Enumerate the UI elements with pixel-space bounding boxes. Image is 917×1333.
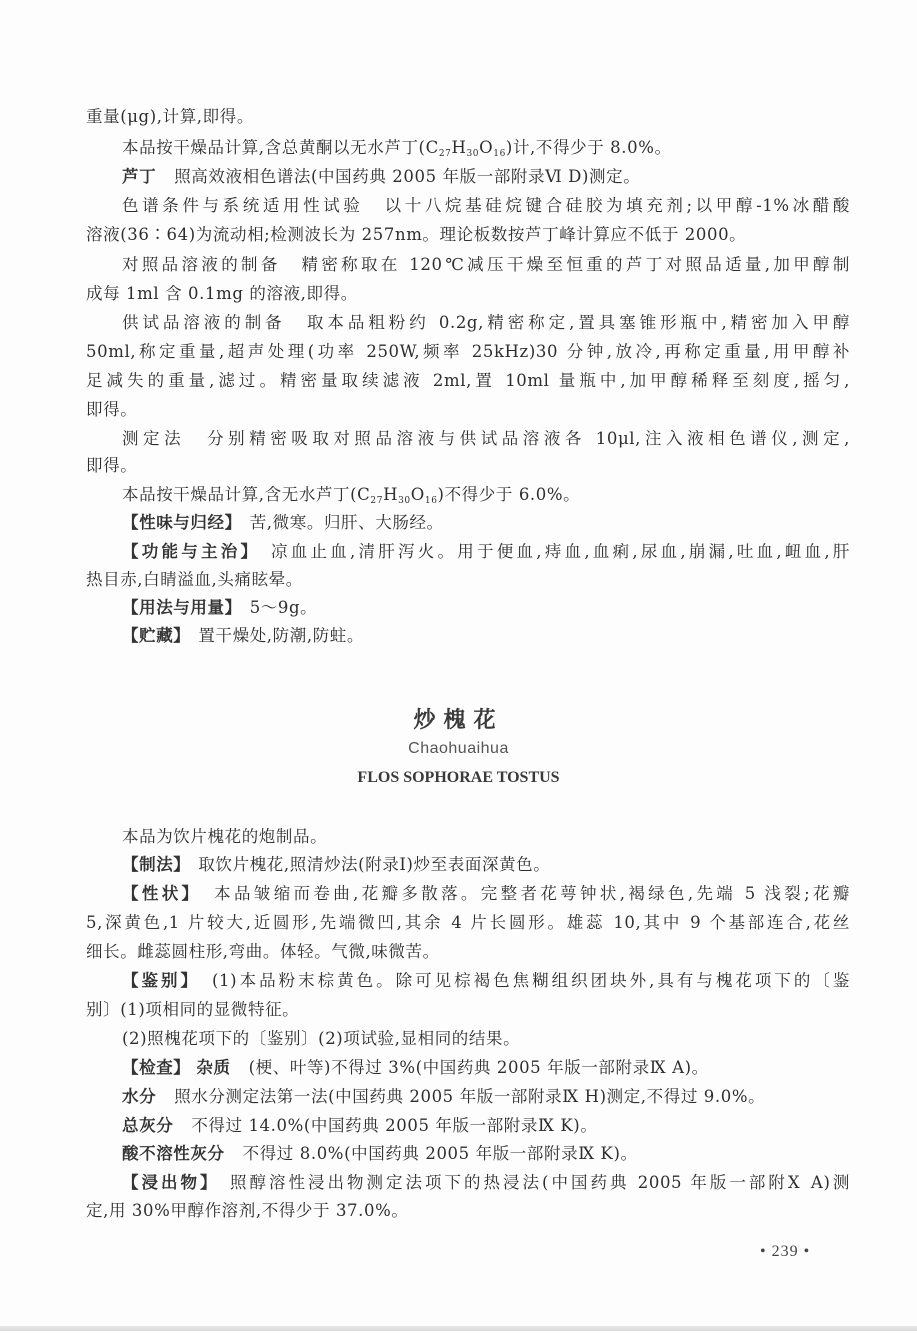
text-line: (2)照槐花项下的〔鉴别〕(2)项试验,显相同的结果。 — [122, 1028, 850, 1050]
page-number: • 239 • — [760, 1243, 810, 1261]
text-line: 重量(μg),计算,即得。 — [86, 106, 850, 128]
section-label: 【浸出物】 — [122, 1173, 220, 1192]
identification: 【鉴别】(1)本品粉末棕黄色。除可见棕褐色焦糊组织团块外,具有与槐花项下的〔鉴 — [122, 970, 850, 992]
subheading: 总灰分 — [122, 1116, 173, 1135]
text-line: 定,用 30%甲醇作溶剂,不得少于 37.0%。 — [86, 1200, 850, 1222]
section-label: 【功能与主治】 — [122, 542, 260, 561]
processing: 【制法】取饮片槐花,照清炒法(附录Ⅰ)炒至表面深黄色。 — [122, 854, 850, 876]
section-label: 【鉴别】 — [122, 971, 200, 990]
subheading: 水分 — [122, 1087, 156, 1106]
section-label: 【检查】 — [122, 1058, 190, 1077]
subheading: 芦丁 — [122, 167, 156, 186]
text-line: 溶液(36∶64)为流动相;检测波长为 257nm。理论板数按芦丁峰计算应不低于… — [86, 224, 850, 246]
monograph-pinyin: Chaohuaihua — [0, 740, 917, 758]
text-line: 足减失的重量,滤过。精密量取续滤液 2ml,置 10ml 量瓶中,加甲醇稀释至刻… — [86, 370, 850, 392]
subheading: 杂质 — [196, 1058, 230, 1077]
text-line: 即得。 — [86, 455, 850, 477]
monograph-title: 炒槐花 — [0, 703, 917, 734]
inspection: 【检查】杂质(梗、叶等)不得过 3%(中国药典 2005 年版一部附录Ⅸ A)。 — [122, 1057, 850, 1079]
description: 【性状】本品皱缩而卷曲,花瓣多散落。完整者花萼钟状,褐绿色,先端 5 浅裂;花瓣 — [122, 883, 850, 905]
text-line: 对照品溶液的制备精密称取在 120℃减压干燥至恒重的芦丁对照品适量,加甲醇制 — [122, 254, 850, 276]
total-ash: 总灰分不得过 14.0%(中国药典 2005 年版一部附录Ⅸ K)。 — [122, 1115, 850, 1137]
page-edge — [0, 1326, 917, 1331]
subheading: 酸不溶性灰分 — [122, 1144, 225, 1163]
text-line: 供试品溶液的制备取本品粗粉约 0.2g,精密称定,置具塞锥形瓶中,精密加入甲醇 — [122, 312, 850, 334]
storage: 【贮藏】置干燥处,防潮,防蛀。 — [122, 625, 850, 647]
text-line: 5,深黄色,1 片较大,近圆形,先端微凹,其余 4 片长圆形。雄蕊 10,其中 … — [86, 912, 850, 934]
functions-indications: 【功能与主治】凉血止血,清肝泻火。用于便血,痔血,血痢,尿血,崩漏,吐血,衄血,… — [122, 541, 850, 563]
extractives: 【浸出物】照醇溶性浸出物测定法项下的热浸法(中国药典 2005 年版一部附Ⅹ A… — [122, 1172, 850, 1194]
total-flavonoid-limit: 本品按干燥品计算,含总黄酮以无水芦丁(C27H30O16)计,不得少于 8.0%… — [122, 137, 850, 165]
water-content: 水分照水分测定法第一法(中国药典 2005 年版一部附录Ⅸ H)测定,不得过 9… — [122, 1086, 850, 1108]
acid-insoluble-ash: 酸不溶性灰分不得过 8.0%(中国药典 2005 年版一部附录Ⅸ K)。 — [122, 1143, 850, 1165]
rutin-limit: 本品按干燥品计算,含无水芦丁(C27H30O16)不得少于 6.0%。 — [122, 484, 850, 512]
usage-dosage: 【用法与用量】5～9g。 — [122, 597, 850, 619]
text-line: 50ml,称定重量,超声处理(功率 250W,频率 25kHz)30 分钟,放冷… — [86, 341, 850, 363]
nature-meridian: 【性味与归经】苦,微寒。归肝、大肠经。 — [122, 512, 850, 534]
section-label: 【用法与用量】 — [122, 598, 242, 617]
monograph-latin-name: FLOS SOPHORAE TOSTUS — [0, 769, 917, 787]
section-label: 【性状】 — [122, 884, 201, 903]
text-line: 色谱条件与系统适用性试验以十八烷基硅烷键合硅胶为填充剂;以甲醇-1%冰醋酸 — [122, 195, 850, 217]
text-line: 即得。 — [86, 399, 850, 421]
text-line: 热目赤,白睛溢血,头痛眩晕。 — [86, 569, 850, 591]
section-label: 【性味与归经】 — [122, 513, 242, 532]
text-line: 别〕(1)项相同的显微特征。 — [86, 999, 850, 1021]
section-label: 【贮藏】 — [122, 626, 190, 645]
section-label: 【制法】 — [122, 855, 190, 874]
source-statement: 本品为饮片槐花的炮制品。 — [122, 826, 850, 848]
text-line: 细长。雌蕊圆柱形,弯曲。体轻。气微,味微苦。 — [86, 941, 850, 963]
rutin-heading: 芦丁照高效液相色谱法(中国药典 2005 年版一部附录Ⅵ D)测定。 — [122, 166, 850, 188]
text-line: 成每 1ml 含 0.1mg 的溶液,即得。 — [86, 283, 850, 305]
text-line: 测定法分别精密吸取对照品溶液与供试品溶液各 10μl,注入液相色谱仪,测定, — [122, 428, 850, 450]
